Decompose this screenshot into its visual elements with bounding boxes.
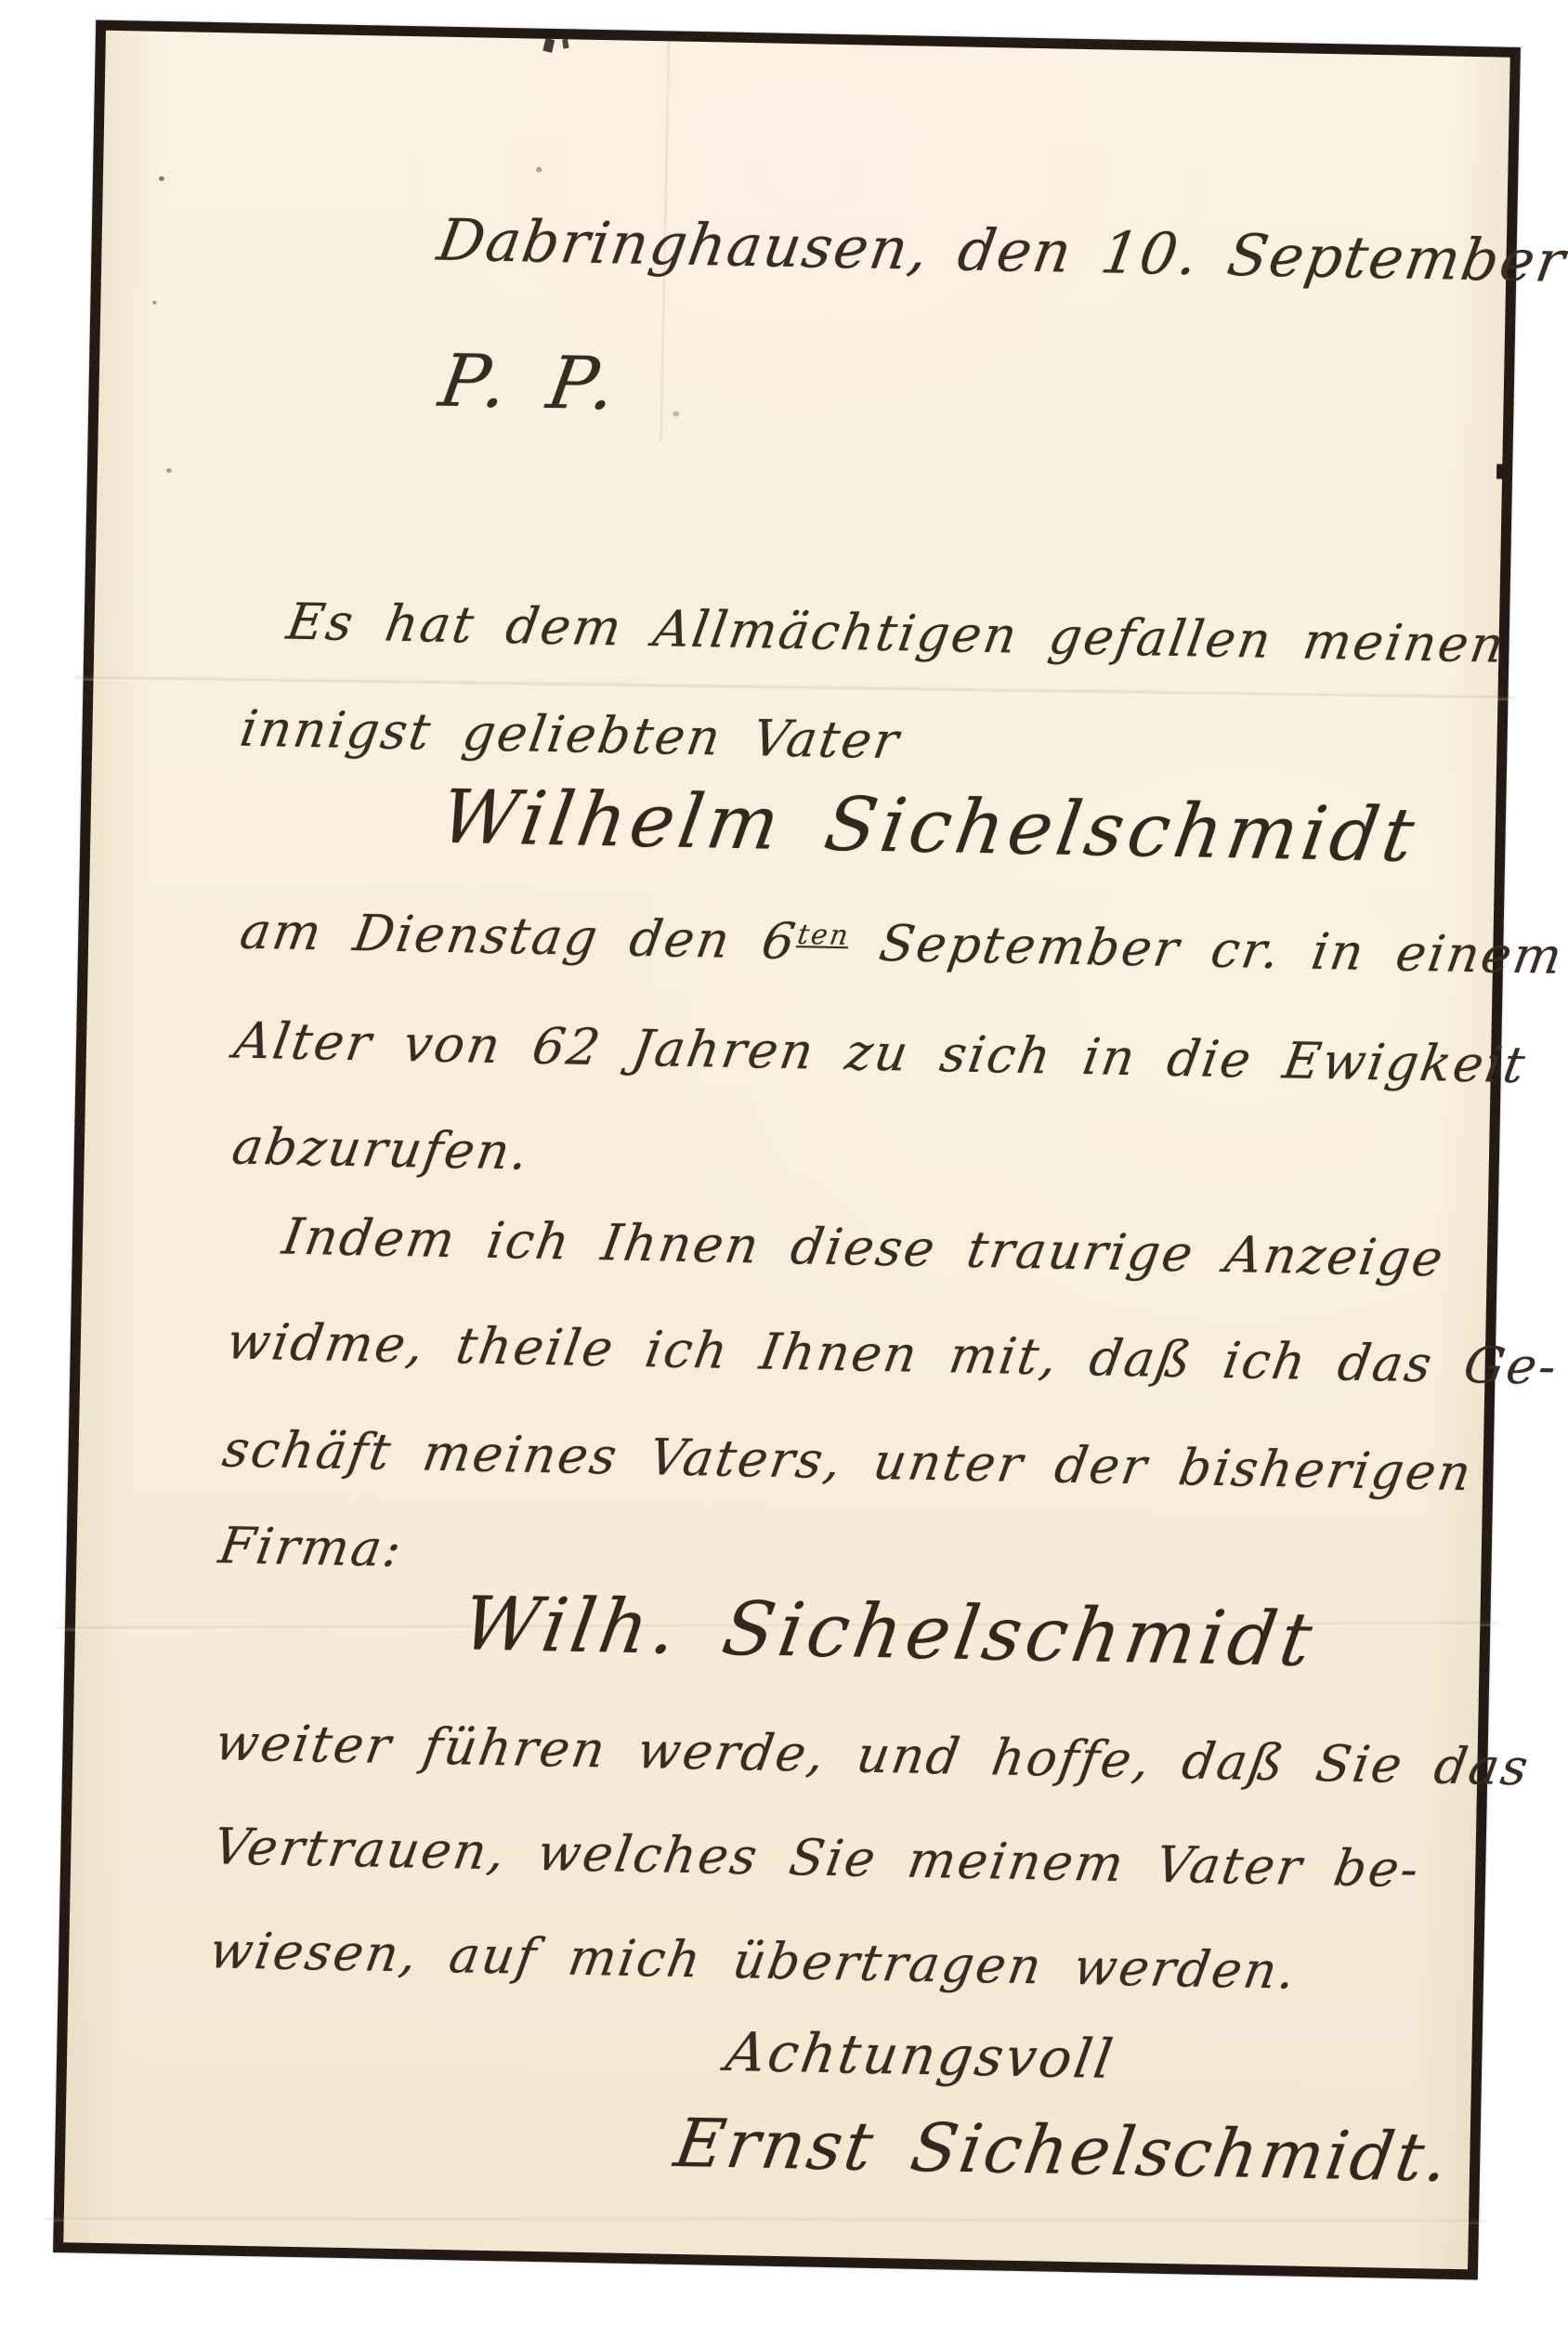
body-line: Es hat dem Allmächtigen gefallen meinen <box>283 597 1509 671</box>
paper-tear-mark <box>542 38 555 53</box>
paper-stain <box>673 411 679 416</box>
body-line: weiter führen werde, und hoffe, daß Sie … <box>212 1717 1534 1793</box>
paper-tear-mark <box>562 39 568 49</box>
body-line: innigst geliebten Vater <box>237 704 904 766</box>
body-line: Firma: <box>216 1520 407 1574</box>
signature: Ernst Sichelschmidt. <box>671 2109 1456 2191</box>
letter-paper: Dabringhausen, den 10. September 1870. P… <box>53 20 1521 2279</box>
paper-stain <box>152 301 156 305</box>
body-line: Indem ich Ihnen diese traurige Anzeige <box>280 1212 1449 1285</box>
body-line: wiesen, auf mich übertragen werden. <box>206 1925 1301 1996</box>
body-line: Vertrauen, welches Sie meinem Vater be- <box>210 1821 1424 1895</box>
body-line: widme, theile ich Ihnen mit, daß ich das… <box>223 1317 1561 1392</box>
fold-crease <box>75 674 1517 701</box>
body-line-segment: am Dienstag den 6 <box>236 902 801 971</box>
paper-tear-mark <box>1496 464 1506 479</box>
scanned-mourning-letter: Dabringhausen, den 10. September 1870. P… <box>0 0 1568 2336</box>
fold-crease <box>46 2215 1487 2225</box>
dateline: Dabringhausen, den 10. September 1870. <box>434 212 1568 294</box>
closing-formula: Achtungsvoll <box>723 2025 1119 2086</box>
paper-stain <box>159 176 164 181</box>
body-line: schäft meines Vaters, unter der bisherig… <box>219 1424 1476 1498</box>
paper-stain <box>536 167 542 173</box>
body-line: Alter von 62 Jahren zu sich in die Ewigk… <box>231 1016 1531 1091</box>
body-line: am Dienstag den 6ten September cr. in ei… <box>237 907 1567 982</box>
ordinal-superscript: ten <box>795 919 853 952</box>
body-line: abzurufen. <box>229 1122 533 1178</box>
deceased-name: Wilhelm Sichelschmidt <box>436 780 1423 873</box>
salutation: P. P. <box>435 346 630 422</box>
paper-stain <box>166 468 172 473</box>
firm-name: Wilh. Sichelschmidt <box>457 1587 1321 1677</box>
body-line-segment: September cr. in einem <box>844 913 1568 985</box>
